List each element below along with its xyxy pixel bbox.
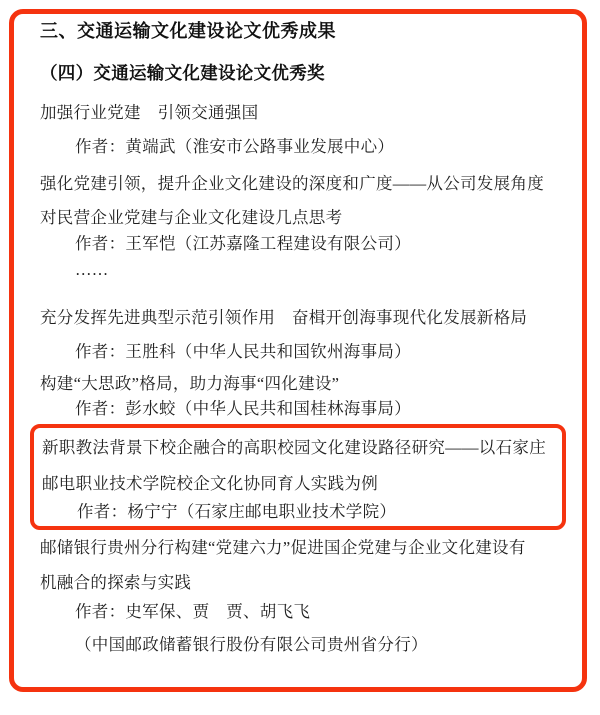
paper-author-line: 作者：杨宁宁（石家庄邮电职业技术学院）: [42, 502, 552, 522]
ellipsis-line: ……: [40, 260, 600, 280]
paper-author-line: 作者：史军保、贾 贾、胡飞飞: [40, 602, 600, 622]
document-page: 三、交通运输文化建设论文优秀成果 （四）交通运输文化建设论文优秀奖 加强行业党建…: [0, 0, 600, 715]
paper-author-line: 作者：王军恺（江苏嘉隆工程建设有限公司）: [40, 234, 600, 254]
paper-author-line: 作者：黄端武（淮安市公路事业发展中心）: [40, 137, 600, 157]
paper-title-line: 邮储银行贵州分行构建“党建六力”促进国企党建与企业文化建设有: [40, 538, 600, 558]
page-content: 三、交通运输文化建设论文优秀成果 （四）交通运输文化建设论文优秀奖 加强行业党建…: [0, 14, 600, 655]
paper-entry: 邮储银行贵州分行构建“党建六力”促进国企党建与企业文化建设有 机融合的探索与实践…: [40, 538, 600, 655]
paper-entry: 加强行业党建 引领交通强国 作者：黄端武（淮安市公路事业发展中心）: [40, 103, 600, 157]
paper-title-line: 机融合的探索与实践: [40, 573, 600, 593]
highlight-annotation-box: 新职教法背景下校企融合的高职校园文化建设路径研究——以石家庄 邮电职业技术学院校…: [30, 424, 566, 530]
subsection-heading: （四）交通运输文化建设论文优秀奖: [40, 62, 600, 84]
paper-author-line: 作者：王胜科（中华人民共和国钦州海事局）: [40, 342, 600, 362]
paper-title-line: 充分发挥先进典型示范引领作用 奋楫开创海事现代化发展新格局: [40, 308, 600, 328]
paper-entry: 充分发挥先进典型示范引领作用 奋楫开创海事现代化发展新格局 作者：王胜科（中华人…: [40, 308, 600, 362]
paper-title-line: 对民营企业党建与企业文化建设几点思考: [40, 208, 600, 228]
paper-entry: 构建“大思政”格局，助力海事“四化建设” 作者：彭水蛟（中华人民共和国桂林海事局…: [40, 374, 600, 419]
paper-title-line: 加强行业党建 引领交通强国: [40, 103, 600, 123]
paper-title-line: 强化党建引领，提升企业文化建设的深度和广度——从公司发展角度: [40, 174, 600, 194]
paper-author-line: 作者：彭水蛟（中华人民共和国桂林海事局）: [40, 399, 600, 419]
paper-author-line: （中国邮政储蓄银行股份有限公司贵州省分行）: [40, 635, 600, 655]
paper-entry: 强化党建引领，提升企业文化建设的深度和广度——从公司发展角度 对民营企业党建与企…: [40, 174, 600, 254]
paper-title-line: 新职教法背景下校企融合的高职校园文化建设路径研究——以石家庄: [42, 438, 552, 458]
section-heading: 三、交通运输文化建设论文优秀成果: [40, 20, 600, 42]
paper-title-line: 构建“大思政”格局，助力海事“四化建设”: [40, 374, 600, 394]
paper-title-line: 邮电职业技术学院校企文化协同育人实践为例: [42, 474, 552, 494]
